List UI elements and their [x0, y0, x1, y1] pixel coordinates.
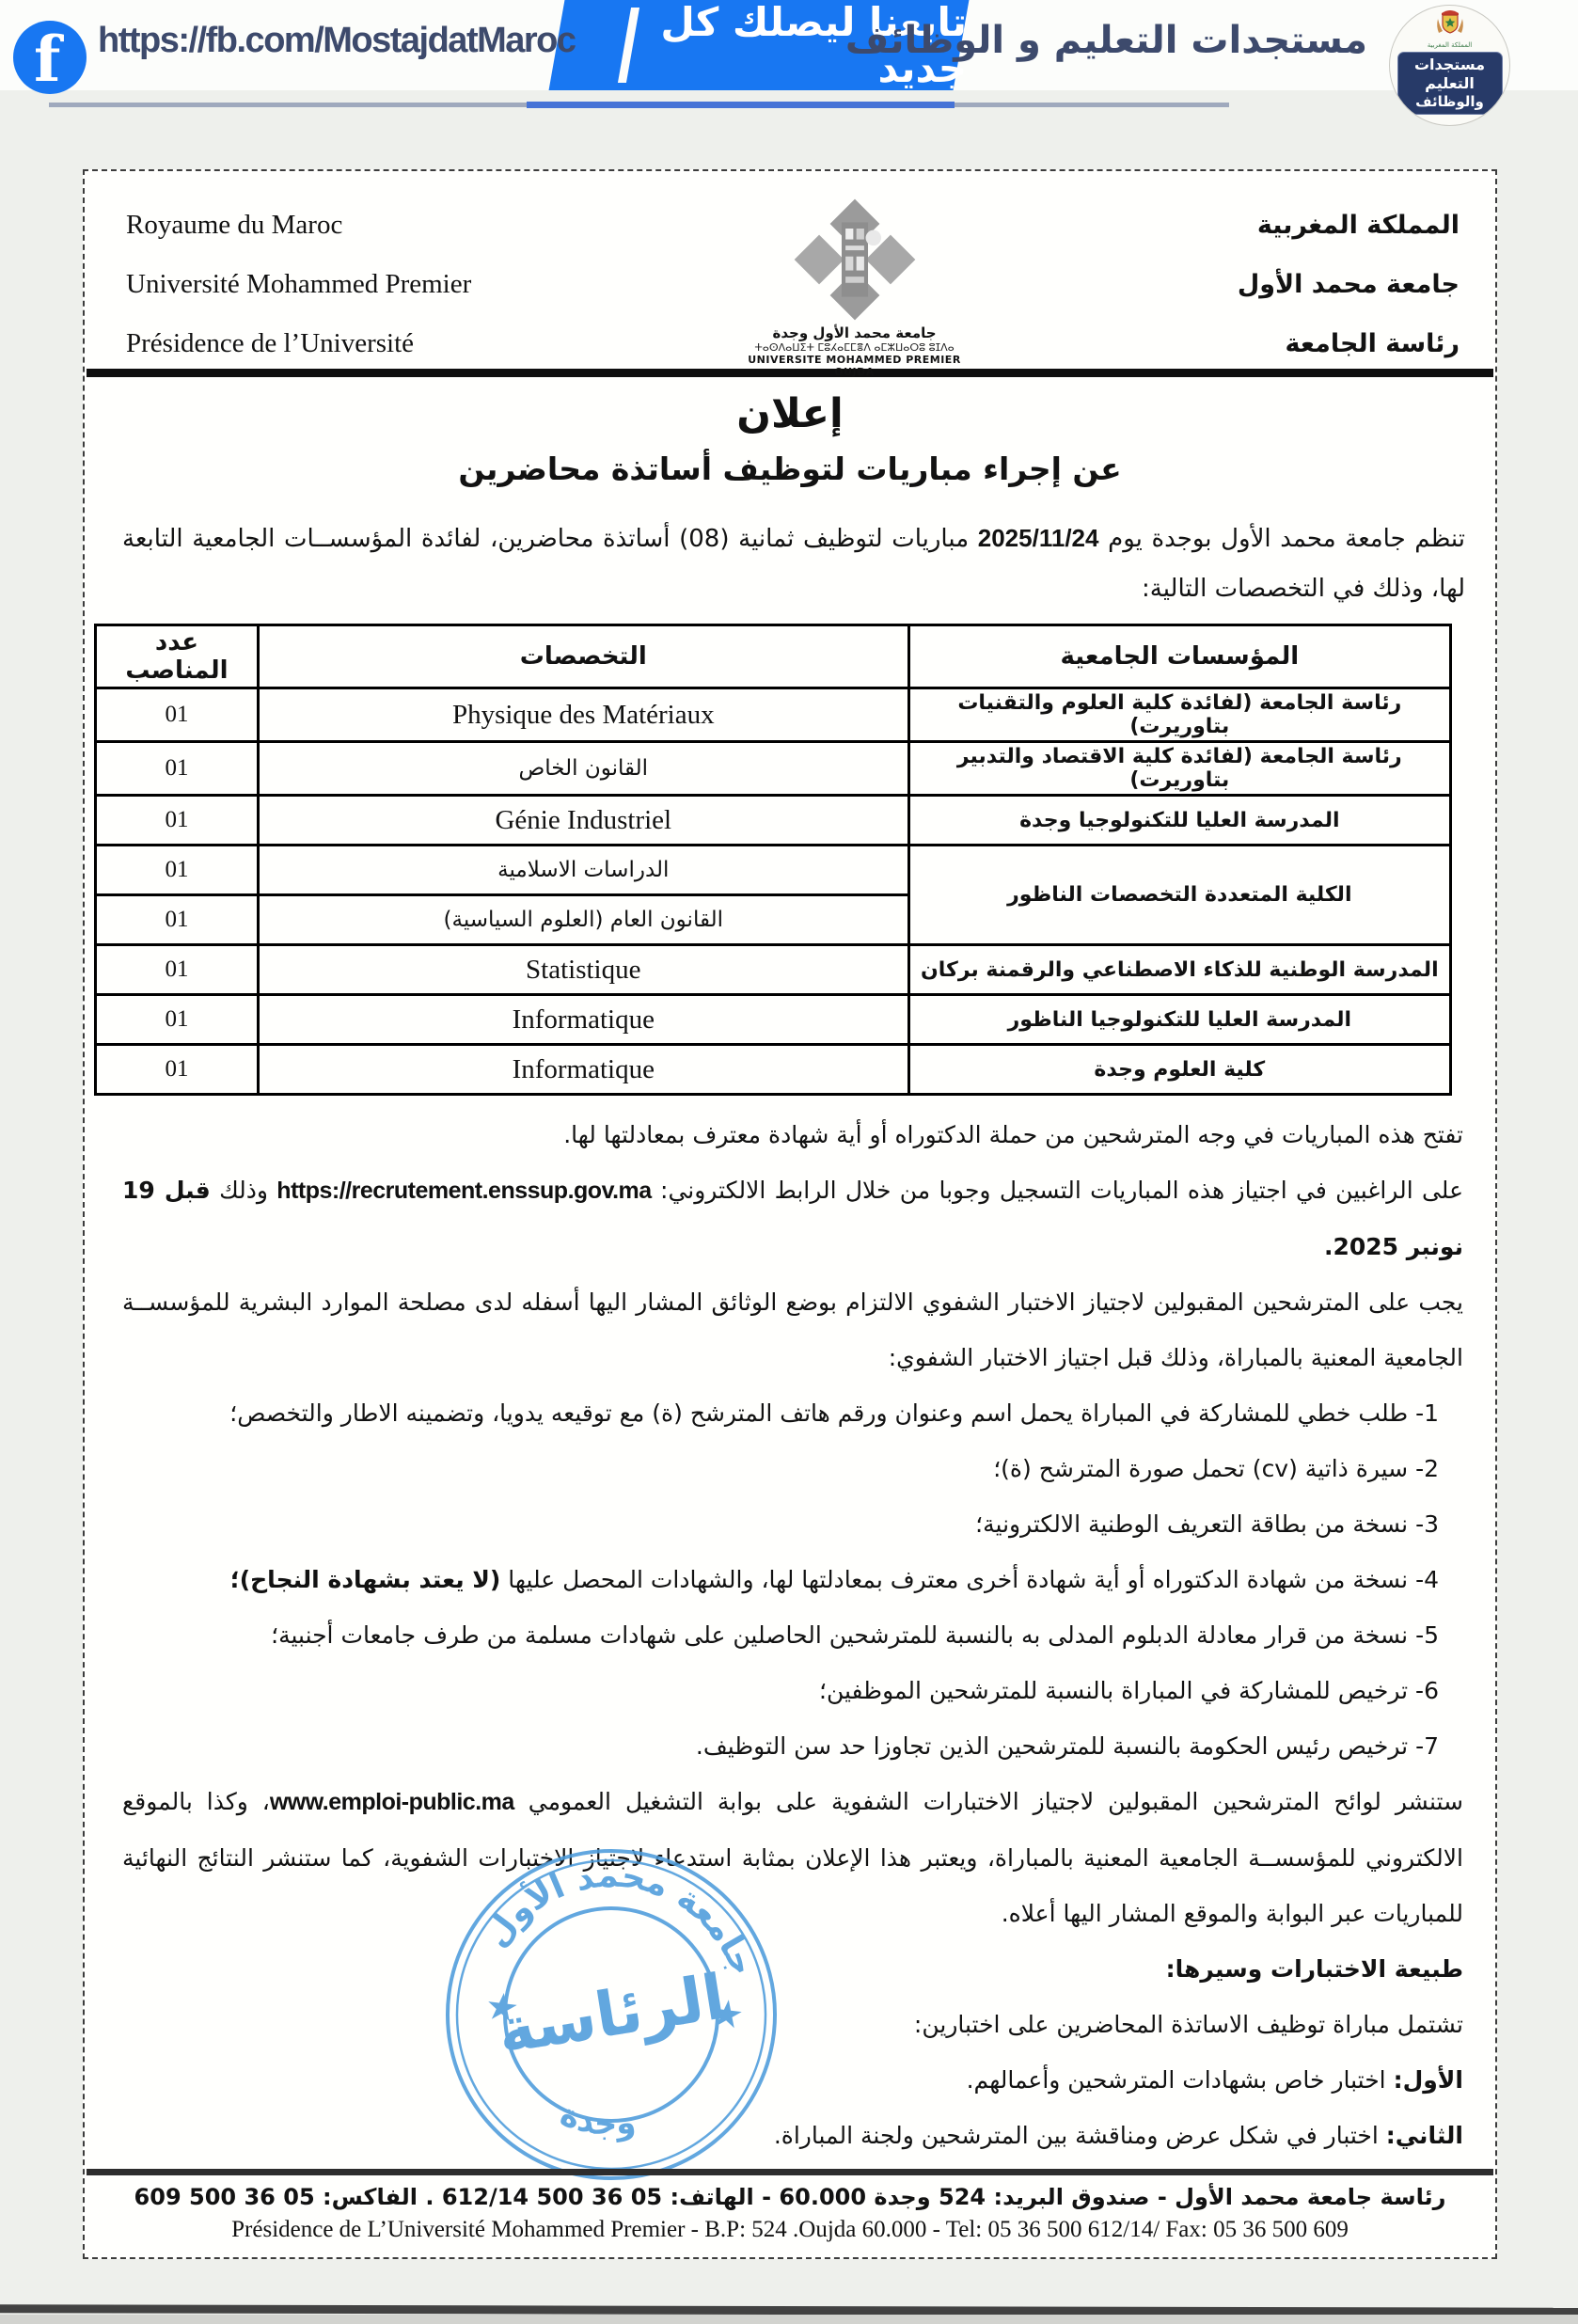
document-header: Royaume du Maroc Université Mohammed Pre… [126, 196, 1460, 361]
registration-mid: وذلك [211, 1177, 277, 1204]
col-header-positions: عدد المناصب [96, 625, 259, 688]
cell-specialty: Informatique [258, 1045, 908, 1095]
cell-positions: 01 [96, 796, 259, 846]
col-header-institution: المؤسسات الجامعية [908, 625, 1450, 688]
facebook-banner: f https://fb.com/MostajdatMaroc تابعنا ل… [0, 0, 1578, 90]
header-ar-line3: رئاسة الجامعة [1238, 314, 1460, 373]
announcement-document: Royaume du Maroc Université Mohammed Pre… [83, 169, 1497, 2259]
header-fr-line2: Université Mohammed Premier [126, 255, 471, 314]
header-ar-line1: المملكة المغربية [1238, 196, 1460, 255]
header-ar-line2: جامعة محمد الأول [1238, 255, 1460, 314]
table-row: المدرسة العليا للتكنولوجيا الناظور Infor… [96, 995, 1451, 1045]
cell-positions: 01 [96, 846, 259, 895]
registration-paragraph: على الراغبين في اجتياز هذه المباريات الت… [122, 1162, 1463, 1274]
requirement-item-2: 2- سيرة ذاتية (cv) تحمل صورة المترشح (ة)… [122, 1441, 1463, 1496]
intro-before: تنظم جامعة محمد الأول بوجدة يوم [1098, 525, 1465, 553]
cell-specialty: القانون العام (العلوم السياسية) [258, 895, 908, 945]
emploi-public-url-link[interactable]: www.emploi-public.ma [270, 1789, 514, 1815]
site-logo-line1: مستجدات التعليم [1400, 55, 1500, 93]
col-header-specialty: التخصصات [258, 625, 908, 688]
cell-positions: 01 [96, 995, 259, 1045]
cell-positions: 01 [96, 688, 259, 742]
cell-institution: رئاسة الجامعة (لفائدة كلية الاقتصاد والت… [908, 742, 1450, 796]
footer-arabic: رئاسة جامعة محمد الأول - صندوق البريد: 5… [85, 2182, 1495, 2212]
exam-second-line: الثاني: اختبار في شكل عرض ومناقشة بين ال… [122, 2108, 1463, 2163]
document-body: تفتح هذه المباريات في وجه المترشحين من ح… [122, 1107, 1463, 2163]
cell-specialty: القانون الخاص [258, 742, 908, 796]
table-row: المدرسة العليا للتكنولوجيا وجدة Génie In… [96, 796, 1451, 846]
facebook-f-glyph: f [34, 23, 60, 96]
university-logo-icon [793, 198, 917, 322]
university-logo: جامعة محمد الأول وجدة ⵜⴰⵙⴷⴰⵡⵉⵜ ⵎⵓⵃⴰⵎⵎⴻⴷ … [737, 198, 972, 361]
cell-specialty: Statistique [258, 945, 908, 995]
coat-of-arms-icon [1434, 9, 1466, 38]
publication-paragraph: ستنشر لوائح المترشحين المقبولين لاجتياز … [122, 1774, 1463, 1941]
documents-intro-paragraph: يجب على المترشحين المقبولين لاجتياز الاخ… [122, 1274, 1463, 1385]
requirement-item-7: 7- ترخيص رئيس الحكومة بالنسبة للمترشحين … [122, 1718, 1463, 1774]
footer-divider [87, 2169, 1493, 2175]
header-fr-line1: Royaume du Maroc [126, 196, 471, 255]
footer-french: Présidence de L’Université Mohammed Prem… [85, 2212, 1495, 2255]
site-logo: المملكة المغربية مستجدات التعليم والوظائ… [1389, 5, 1510, 126]
cell-specialty: Génie Industriel [258, 796, 908, 846]
table-row: رئاسة الجامعة (لفائدة كلية الاقتصاد والت… [96, 742, 1451, 796]
header-arabic-block: المملكة المغربية جامعة محمد الأول رئاسة … [1238, 196, 1460, 361]
cell-specialty: الدراسات الاسلامية [258, 846, 908, 895]
logo-caption-tifinagh: ⵜⴰⵙⴷⴰⵡⵉⵜ ⵎⵓⵃⴰⵎⵎⴻⴷ ⴰⵎⵣⵡⴰⵔⵓ ⵓⵊⴷⴰ [737, 341, 972, 354]
cell-positions: 01 [96, 742, 259, 796]
announcement-title: إعلان [85, 390, 1495, 437]
banner-shadow-blue [527, 102, 955, 108]
requirement-item-5: 5- نسخة من قرار معادلة الدبلوم المدلى به… [122, 1607, 1463, 1663]
cell-positions: 01 [96, 895, 259, 945]
cell-institution-merged: الكلية المتعددة التخصصات الناظور [908, 846, 1450, 945]
requirement-item-6: 6- ترخيص للمشاركة في المباراة بالنسبة لل… [122, 1663, 1463, 1718]
site-logo-line2: والوظائف [1400, 93, 1500, 110]
publication-text: ستنشر لوائح المترشحين المقبولين لاجتياز … [514, 1788, 1463, 1815]
intro-paragraph: تنظم جامعة محمد الأول بوجدة يوم 2025/11/… [122, 514, 1465, 614]
specialties-table: المؤسسات الجامعية التخصصات عدد المناصب ر… [94, 624, 1452, 1096]
cell-institution: المدرسة العليا للتكنولوجيا الناظور [908, 995, 1450, 1045]
cell-institution: المدرسة الوطنية للذكاء الاصطناعي والرقمن… [908, 945, 1450, 995]
exams-intro: تشتمل مباراة توظيف الاساتذة المحاضرين عل… [122, 1997, 1463, 2052]
cell-institution: المدرسة العليا للتكنولوجيا وجدة [908, 796, 1450, 846]
banner-brand-title: مستجدات التعليم و الوظائف [845, 19, 1367, 62]
site-logo-badge: مستجدات التعليم والوظائف [1397, 52, 1503, 115]
eligibility-paragraph: تفتح هذه المباريات في وجه المترشحين من ح… [122, 1107, 1463, 1162]
table-header-row: المؤسسات الجامعية التخصصات عدد المناصب [96, 625, 1451, 688]
cell-institution: رئاسة الجامعة (لفائدة كلية العلوم والتقن… [908, 688, 1450, 742]
facebook-icon[interactable]: f [13, 21, 87, 94]
crest-caption: المملكة المغربية [1390, 41, 1509, 49]
cell-institution: كلية العلوم وجدة [908, 1045, 1450, 1095]
header-fr-line3: Présidence de l’Université [126, 314, 471, 373]
table-row: رئاسة الجامعة (لفائدة كلية العلوم والتقن… [96, 688, 1451, 742]
table-row: الكلية المتعددة التخصصات الناظور الدراسا… [96, 846, 1451, 895]
facebook-url-link[interactable]: https://fb.com/MostajdatMaroc [98, 21, 576, 61]
exams-section-heading: طبيعة الاختبارات وسيرها: [122, 1941, 1463, 1997]
requirement-item-3: 3- نسخة من بطاقة التعريف الوطنية الالكتر… [122, 1496, 1463, 1552]
cell-positions: 01 [96, 1045, 259, 1095]
page-scan-margin [0, 2315, 1578, 2324]
announcement-subtitle: عن إجراء مباريات لتوظيف أساتذة محاضرين [85, 451, 1495, 487]
logo-caption-french: UNIVERSITE MOHAMMED PREMIER OUJDA [737, 354, 972, 378]
requirement-item-4: 4- نسخة من شهادة الدكتوراه أو أية شهادة … [122, 1552, 1463, 1607]
competition-date: 2025/11/24 [978, 524, 1099, 552]
cell-specialty: Physique des Matériaux [258, 688, 908, 742]
exam-first-line: الأول: اختبار خاص بشهادات المترشحين وأعم… [122, 2052, 1463, 2108]
header-french-block: Royaume du Maroc Université Mohammed Pre… [126, 196, 471, 361]
registration-url-link[interactable]: https://recrutement.enssup.gov.ma [276, 1178, 651, 1204]
cell-specialty: Informatique [258, 995, 908, 1045]
cell-positions: 01 [96, 945, 259, 995]
table-row: المدرسة الوطنية للذكاء الاصطناعي والرقمن… [96, 945, 1451, 995]
document-footer: رئاسة جامعة محمد الأول - صندوق البريد: 5… [85, 2169, 1495, 2255]
requirement-item-1: 1- طلب خطي للمشاركة في المباراة يحمل اسم… [122, 1385, 1463, 1441]
registration-text: على الراغبين في اجتياز هذه المباريات الت… [652, 1177, 1463, 1204]
table-row: كلية العلوم وجدة Informatique 01 [96, 1045, 1451, 1095]
logo-caption-arabic: جامعة محمد الأول وجدة [737, 325, 972, 341]
